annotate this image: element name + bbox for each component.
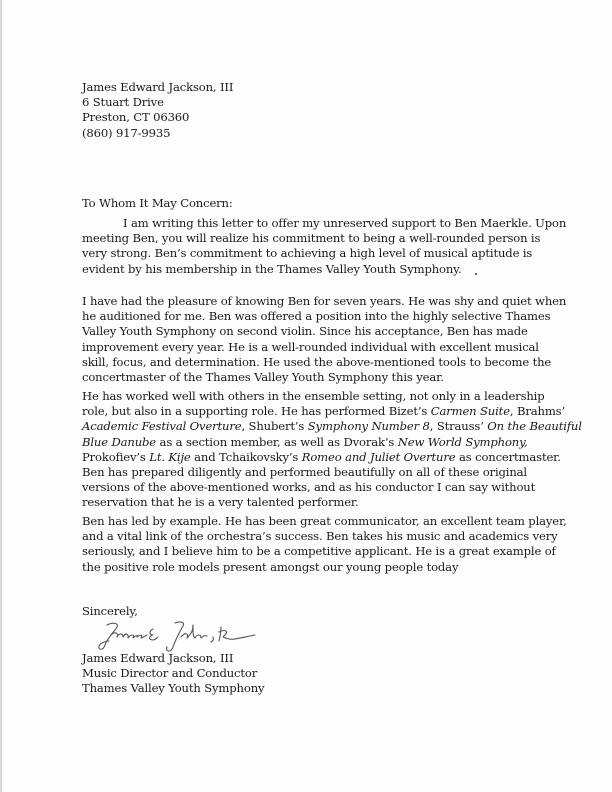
work-title: Symphony Number 8 <box>308 419 430 433</box>
paragraph-line: Ben has led by example. He has been grea… <box>82 514 532 529</box>
salutation: To Whom It May Concern: <box>82 196 532 211</box>
work-title: Academic Festival Overture <box>82 419 241 433</box>
paragraph-history: I have had the pleasure of knowing Ben f… <box>82 294 532 385</box>
work-title: New World Symphony, <box>398 435 528 449</box>
paragraph-line: versions of the above-mentioned works, a… <box>82 480 532 495</box>
sender-name: James Edward Jackson, III <box>82 80 532 95</box>
paragraph-line: meeting Ben, you will realize his commit… <box>82 231 532 246</box>
signature-block: James Edward Jackson, III Music Director… <box>82 651 532 697</box>
paragraph-line: very strong. Ben’s commitment to achievi… <box>82 246 532 261</box>
paragraph-line: He has worked well with others in the en… <box>82 389 532 404</box>
signer-organization: Thames Valley Youth Symphony <box>82 681 532 696</box>
paragraph-line: skill, focus, and determination. He used… <box>82 355 532 370</box>
paragraph-line: I have had the pleasure of knowing Ben f… <box>82 294 532 309</box>
paragraph-line: improvement every year. He is a well-rou… <box>82 340 532 355</box>
signer-name: James Edward Jackson, III <box>82 651 532 666</box>
work-title: Blue Danube <box>82 435 156 449</box>
sender-address: James Edward Jackson, III 6 Stuart Drive… <box>82 80 532 141</box>
paragraph-line: he auditioned for me. Ben was offered a … <box>82 309 532 324</box>
paragraph-repertoire: He has worked well with others in the en… <box>82 389 532 511</box>
handwritten-signature <box>95 619 265 655</box>
stray-mark <box>475 273 477 275</box>
signer-title: Music Director and Conductor <box>82 666 532 681</box>
sender-city-state-zip: Preston, CT 06360 <box>82 110 532 125</box>
paragraph-line: Prokofiev’s Lt. Kije and Tchaikovsky’s R… <box>82 450 532 465</box>
paragraph-line: Academic Festival Overture, Shubert’s Sy… <box>82 419 532 434</box>
work-title: Romeo and Juliet Overture <box>302 450 456 464</box>
closing: Sincerely, <box>82 604 532 619</box>
paragraph-line: evident by his membership in the Thames … <box>82 262 532 277</box>
paragraph-line: Blue Danube as a section member, as well… <box>82 435 532 450</box>
work-title: On the Beautiful <box>487 419 582 433</box>
paragraph-line: I am writing this letter to offer my unr… <box>82 216 532 231</box>
paragraph-line: the positive role models present amongst… <box>82 560 532 575</box>
paragraph-line: Ben has prepared diligently and performe… <box>82 465 532 480</box>
paragraph-intro: I am writing this letter to offer my unr… <box>82 216 532 277</box>
letter-page: James Edward Jackson, III 6 Stuart Drive… <box>0 0 612 792</box>
work-title: Carmen Suite <box>431 404 510 418</box>
paragraph-line: Valley Youth Symphony on second violin. … <box>82 324 532 339</box>
sender-phone: (860) 917-9935 <box>82 126 532 141</box>
sender-street: 6 Stuart Drive <box>82 95 532 110</box>
paragraph-conclusion: Ben has led by example. He has been grea… <box>82 514 532 575</box>
work-title: Lt. Kije <box>149 450 190 464</box>
paragraph-line: concertmaster of the Thames Valley Youth… <box>82 370 532 385</box>
paragraph-line: and a vital link of the orchestra’s succ… <box>82 529 532 544</box>
paragraph-line: reservation that he is a very talented p… <box>82 495 532 510</box>
paragraph-line: role, but also in a supporting role. He … <box>82 404 532 419</box>
paragraph-line: seriously, and I believe him to be a com… <box>82 544 532 559</box>
